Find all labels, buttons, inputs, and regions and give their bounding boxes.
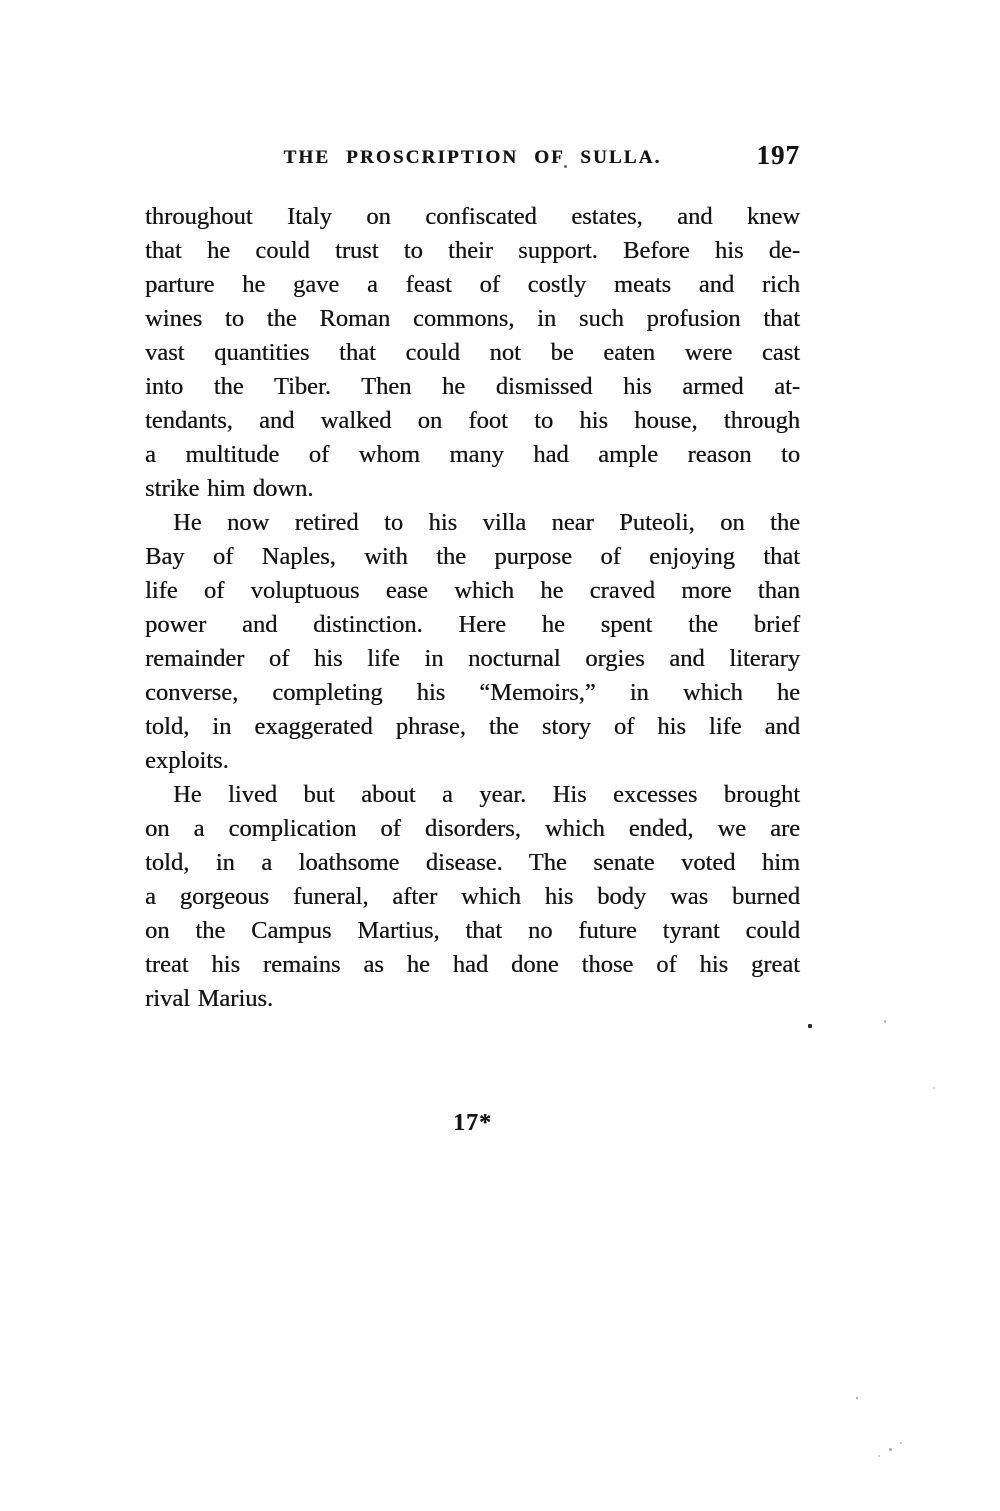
text-line: a gorgeous funeral, after which his body… (145, 880, 800, 914)
scan-speck (564, 165, 567, 168)
text-line: remainder of his life in nocturnal orgie… (145, 642, 800, 676)
text-line: He now retired to his villa near Puteoli… (145, 506, 800, 540)
page-body: throughout Italy on confiscated estates,… (145, 200, 800, 1016)
text-line: on the Campus Martius, that no future ty… (145, 914, 800, 948)
text-line: life of voluptuous ease which he craved … (145, 574, 800, 608)
text-line: parture he gave a feast of costly meats … (145, 268, 800, 302)
text-line: a multitude of whom many had ample reaso… (145, 438, 800, 472)
text-line: told, in a loathsome disease. The senate… (145, 846, 800, 880)
scan-speck (900, 1442, 902, 1444)
text-line: exploits. (145, 744, 800, 778)
text-line: Bay of Naples, with the purpose of enjoy… (145, 540, 800, 574)
text-line: vast quantities that could not be eaten … (145, 336, 800, 370)
text-line: that he could trust to their support. Be… (145, 234, 800, 268)
signature-mark: 17* (145, 1108, 800, 1138)
scan-speck (808, 1024, 812, 1028)
text-line: into the Tiber. Then he dismissed his ar… (145, 370, 800, 404)
text-line: on a complication of disorders, which en… (145, 812, 800, 846)
page-header: THE PROSCRIPTION OF SULLA. 197 (145, 143, 800, 177)
text-line: wines to the Roman commons, in such prof… (145, 302, 800, 336)
scan-speck (889, 1448, 892, 1451)
text-line: He lived but about a year. His excesses … (145, 778, 800, 812)
text-line: power and distinction. Here he spent the… (145, 608, 800, 642)
scan-speck (878, 1455, 880, 1457)
running-header-title: THE PROSCRIPTION OF SULLA. (145, 143, 800, 173)
text-line: treat his remains as he had done those o… (145, 948, 800, 982)
scan-speck (933, 1087, 935, 1089)
scan-speck (856, 1397, 858, 1399)
text-line: converse, completing his “Memoirs,” in w… (145, 676, 800, 710)
text-line: throughout Italy on confiscated estates,… (145, 200, 800, 234)
text-line: told, in exaggerated phrase, the story o… (145, 710, 800, 744)
text-line: strike him down. (145, 472, 800, 506)
text-line: rival Marius. (145, 982, 800, 1016)
scan-speck (884, 1020, 886, 1023)
page-number: 197 (757, 140, 801, 170)
text-line: tendants, and walked on foot to his hous… (145, 404, 800, 438)
book-page: THE PROSCRIPTION OF SULLA. 197 throughou… (0, 0, 1000, 1511)
